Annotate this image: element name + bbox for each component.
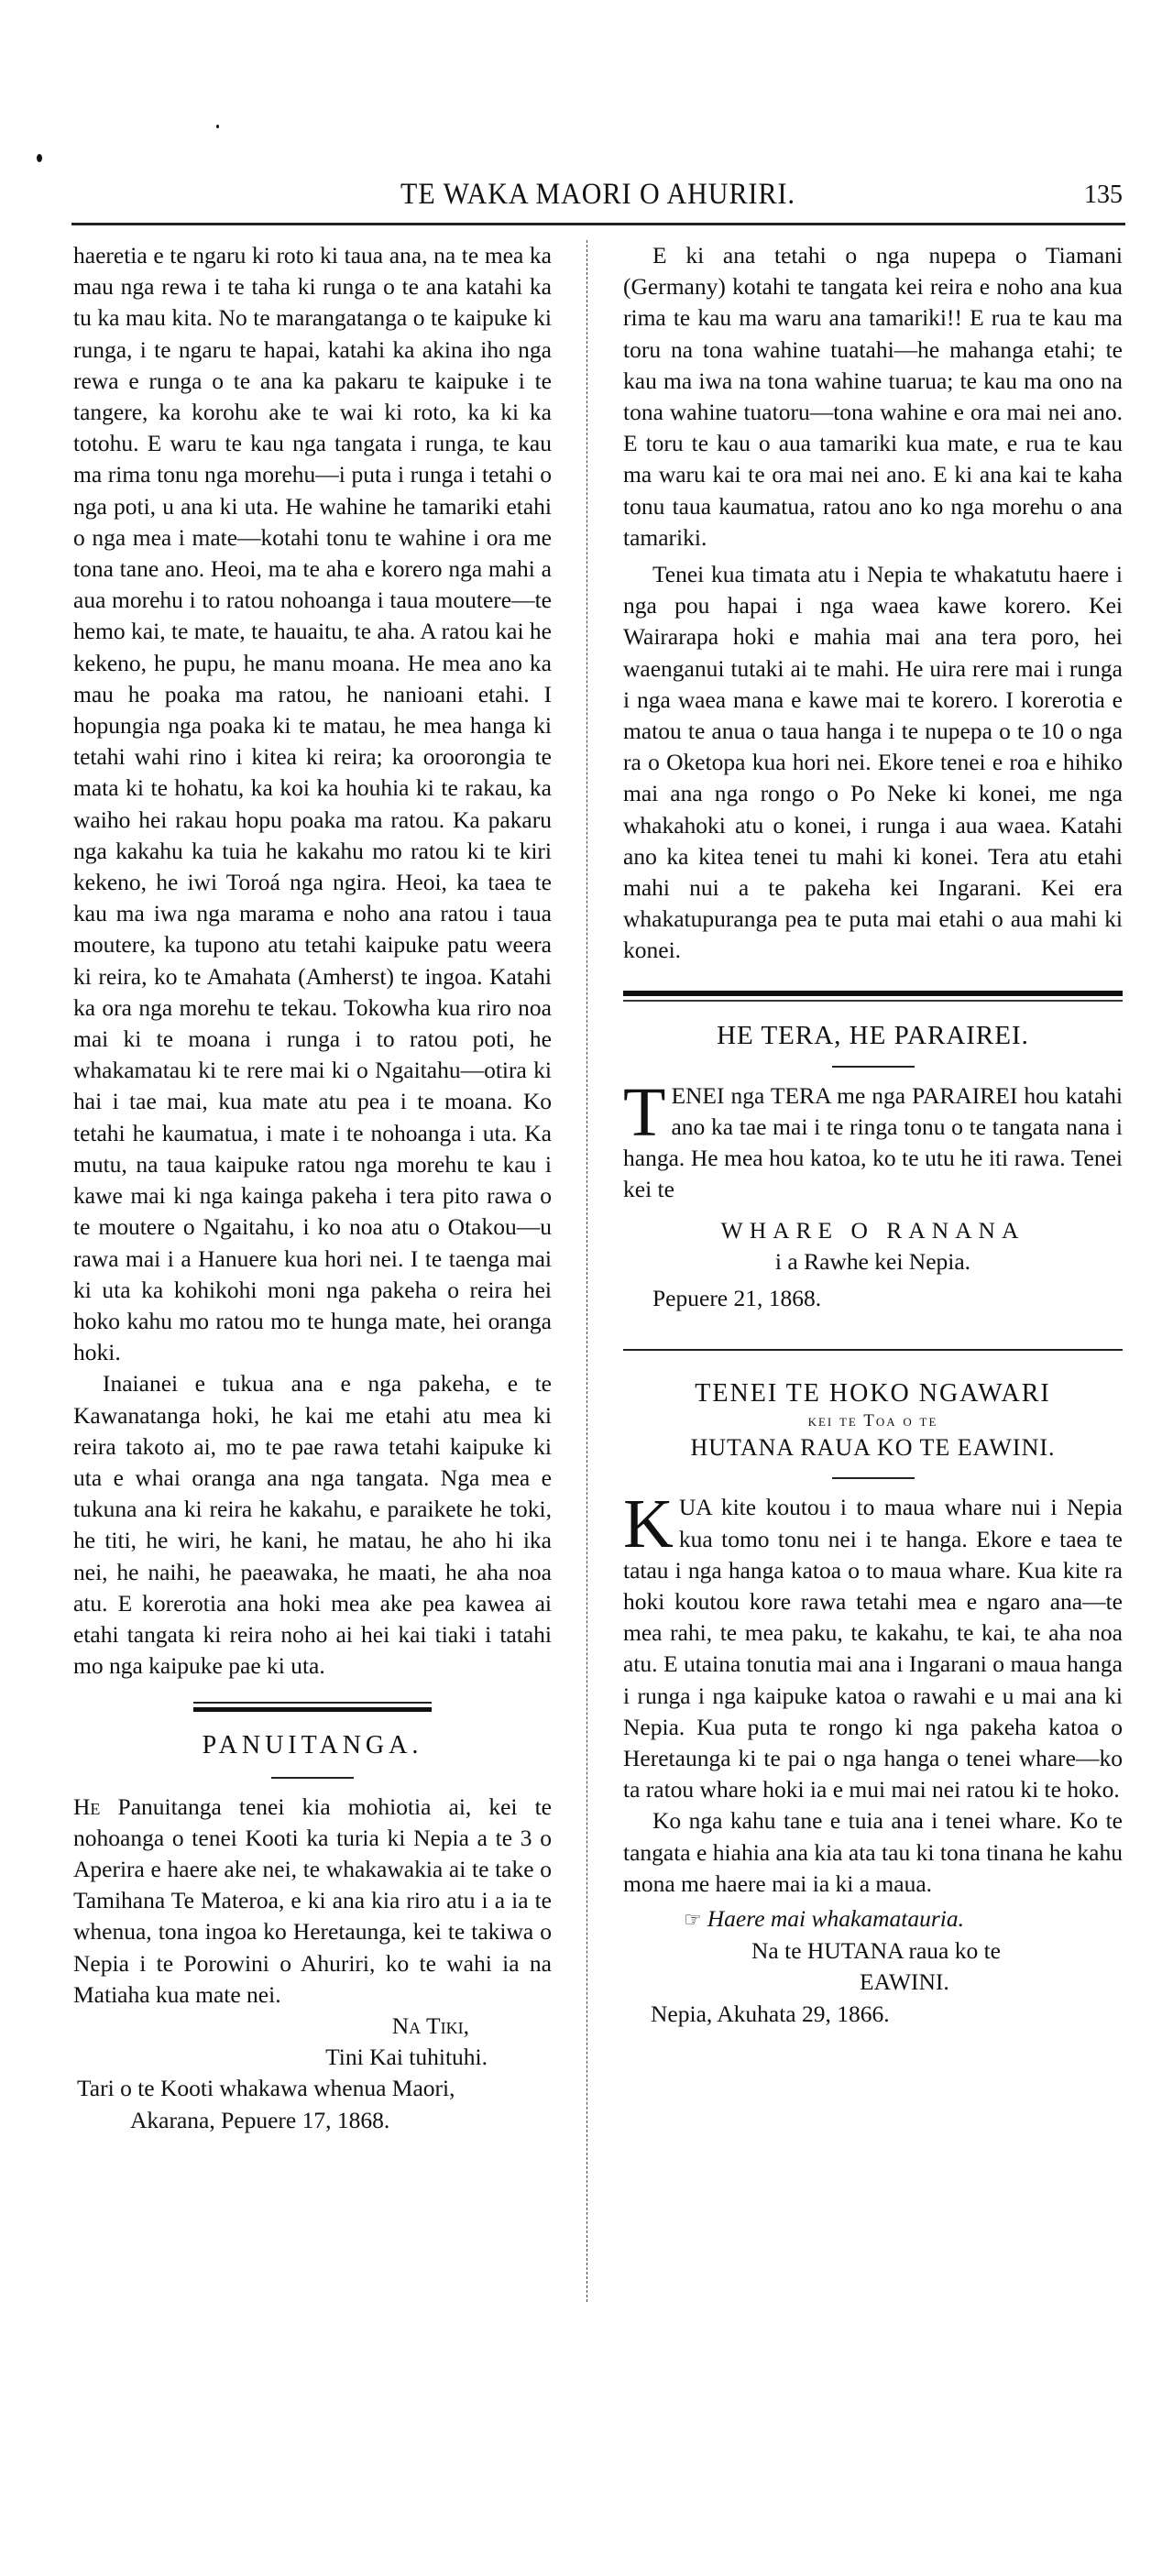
tailor-ad-place-date: Nepia, Akuhata 29, 1866.	[623, 1999, 1123, 2030]
tailor-ad-signature: Na te HUTANA raua ko te	[623, 1935, 1123, 1967]
invitation-line: ☞Haere mai whakamatauria.	[623, 1903, 1123, 1935]
notice-place-date: Akarana, Pepuere 17, 1868.	[73, 2105, 552, 2136]
right-column: E ki ana tetahi o nga nupepa o Tiamani (…	[623, 240, 1123, 2030]
tailor-ad-signature-cont: EAWINI.	[623, 1967, 1123, 1998]
tailor-ad-shop-name: HUTANA RAUA KO TE EAWINI.	[623, 1433, 1123, 1463]
notice-signature-name: Na Tiki,	[73, 2011, 552, 2042]
title-rule	[271, 1777, 354, 1779]
notice-title: PANUITANGA.	[73, 1730, 552, 1761]
shop-name: WHARE O RANANA	[623, 1215, 1123, 1246]
section-divider	[623, 1349, 1123, 1351]
saddle-ad-date: Pepuere 21, 1868.	[623, 1283, 1123, 1314]
title-rule	[832, 1066, 915, 1068]
notice-article: PANUITANGA. He Panuitanga tenei kia mohi…	[73, 1730, 552, 2135]
left-column: haeretia e te ngaru ki roto ki taua ana,…	[73, 240, 552, 2136]
notice-body: He Panuitanga tenei kia mohiotia ai, kei…	[73, 1792, 552, 2011]
tailor-advertisement: TENEI TE HOKO NGAWARI kei te Toa o te HU…	[623, 1378, 1123, 2029]
notice-text: Panuitanga tenei kia mohiotia ai, kei te…	[73, 1793, 552, 2008]
saddle-ad-body: TENEI nga TERA me nga PARAIREI hou katah…	[623, 1080, 1123, 1206]
notice-lead-word: He	[73, 1793, 100, 1820]
section-divider	[623, 991, 1123, 1002]
tailor-ad-title: TENEI TE HOKO NGAWARI	[623, 1378, 1123, 1409]
shipwreck-article: haeretia e te ngaru ki roto ki taua ana,…	[73, 240, 552, 1682]
news-paragraph: E ki ana tetahi o nga nupepa o Tiamani (…	[623, 240, 1123, 554]
column-separator	[586, 240, 587, 2302]
page-number: 135	[1084, 181, 1123, 210]
article-paragraph: Inaianei e tukua ana e nga pakeha, e te …	[73, 1368, 552, 1682]
section-divider	[193, 1702, 432, 1712]
notice-office: Tari o te Kooti whakawa whenua Maori,	[73, 2073, 552, 2104]
saddle-ad-title: HE TERA, HE PARAIREI.	[623, 1020, 1123, 1051]
running-head: TE WAKA MAORI O AHURIRI. 135	[73, 179, 1123, 215]
newspaper-title: TE WAKA MAORI O AHURIRI.	[73, 177, 1123, 211]
tailor-ad-paragraph: KUA kite koutou i to maua whare nui i Ne…	[623, 1492, 1123, 1805]
notice-signature-role: Tini Kai tuhituhi.	[73, 2042, 552, 2073]
drop-cap: K	[623, 1496, 674, 1554]
article-paragraph: haeretia e te ngaru ki roto ki taua ana,…	[73, 240, 552, 1368]
pointing-hand-icon: ☞	[684, 1908, 702, 1931]
news-paragraph: Tenei kua timata atu i Nepia te whakatut…	[623, 559, 1123, 967]
scan-speck	[216, 125, 219, 128]
news-article: E ki ana tetahi o nga nupepa o Tiamani (…	[623, 240, 1123, 967]
tailor-ad-paragraph: Ko nga kahu tane e tuia ana i tenei whar…	[623, 1805, 1123, 1900]
title-rule	[832, 1477, 915, 1479]
drop-cap: T	[623, 1084, 665, 1143]
header-rule	[71, 223, 1125, 225]
tailor-ad-subtitle: kei te Toa o te	[623, 1409, 1123, 1433]
shop-location: i a Rawhe kei Nepia.	[623, 1246, 1123, 1277]
scan-speck	[37, 154, 42, 162]
saddle-advertisement: HE TERA, HE PARAIREI. TENEI nga TERA me …	[623, 1020, 1123, 1315]
